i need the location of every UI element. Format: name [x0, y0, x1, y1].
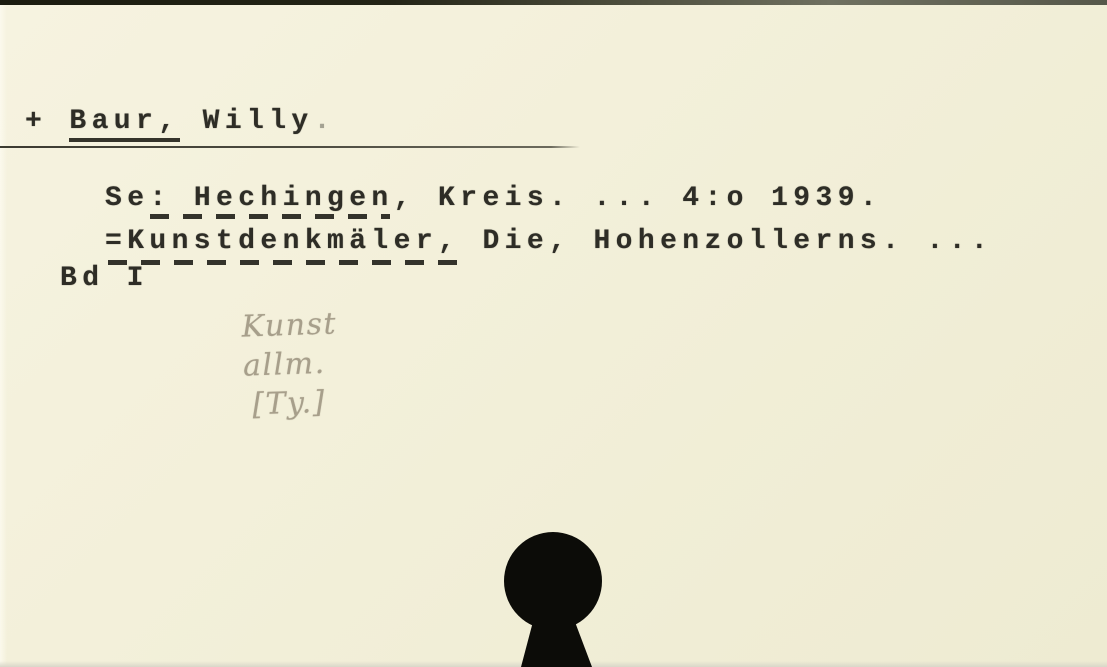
catalog-card: + Baur, Willy. Se: Hechingen, Kreis. ...… — [0, 0, 1107, 667]
reference-place: Hechingen — [194, 183, 394, 214]
pencil-line-3: [Ty.] — [252, 382, 341, 424]
reference-rest: , Kreis. ... 4:o 1939. — [394, 183, 882, 214]
heading-line: + Baur, Willy. — [25, 106, 336, 142]
title-line: =Kunstdenkmäler, Die, Hohenzollerns. ... — [105, 226, 993, 257]
heading-forename: Willy — [180, 106, 313, 137]
keyhole-punch-icon — [496, 528, 616, 667]
volume-line: Bd I — [60, 263, 149, 294]
dashed-underline-place — [150, 214, 390, 219]
card-left-edge — [0, 5, 7, 667]
pencil-line-1: Kunst — [241, 304, 338, 346]
pencil-line-2: allm. — [242, 343, 339, 385]
title-word: Kunstdenkmäler — [127, 226, 438, 257]
reference-line: Se: Hechingen, Kreis. ... 4:o 1939. — [105, 183, 882, 214]
title-rest: , Die, Hohenzollerns. ... — [438, 226, 993, 257]
card-top-edge — [0, 0, 1107, 5]
title-prefix: = — [105, 226, 127, 257]
heading-trailing-mark: . — [314, 106, 336, 137]
pencil-annotation: Kunst allm. [Ty.] — [241, 304, 340, 424]
dashed-underline-title — [108, 260, 468, 265]
heading-rule-line — [0, 146, 580, 148]
heading-surname: Baur, — [69, 107, 180, 142]
reference-prefix: Se: — [105, 183, 194, 214]
heading-prefix: + — [25, 106, 69, 137]
